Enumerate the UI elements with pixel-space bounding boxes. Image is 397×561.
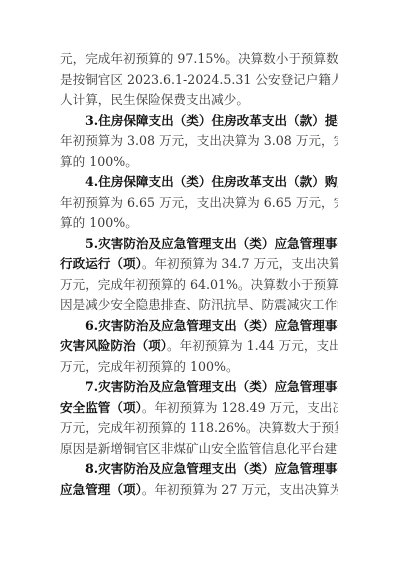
body-text: 万元，完成年初预算的 118.26%。决算数大于预算数的主要 — [60, 420, 338, 435]
bold-heading-text: 行政运行（项） — [60, 256, 142, 271]
body-text: 因是减少安全隐患排查、防汛抗旱、防震减灾工作经费支出。 — [60, 297, 338, 312]
bold-heading-text: 6.灾害防治及应急管理支出（类）应急管理事务（款） — [85, 318, 338, 333]
text-line: 安全监管（项）。年初预算为 128.49 万元，支出决算为 151.95 — [60, 398, 338, 419]
text-line: 年初预算为 3.08 万元，支出决算为 3.08 万元，完成年初预 — [60, 131, 338, 152]
text-line: 行政运行（项）。年初预算为 34.7 万元，支出决算为 22.21 — [60, 254, 338, 275]
document-page: 元，完成年初预算的 97.15%。决算数小于预算数的主要原因是按铜官区 2023… — [60, 49, 338, 500]
text-line: 4.住房保障支出（类）住房改革支出（款）购房补贴（项）。 — [60, 172, 338, 193]
bold-heading-text: 5.灾害防治及应急管理支出（类）应急管理事务（款） — [85, 236, 338, 251]
bold-heading-text: 应急管理（项） — [60, 482, 142, 497]
text-line: 年初预算为 6.65 万元，支出决算为 6.65 万元，完成年初预 — [60, 193, 338, 214]
text-line: 元，完成年初预算的 97.15%。决算数小于预算数的主要原因 — [60, 49, 338, 70]
text-line: 应急管理（项）。年初预算为 27 万元，支出决算为 16.27 万 — [60, 480, 338, 501]
text-line: 是按铜官区 2023.6.1-2024.5.31 公安登记户籍人口数 34862… — [60, 70, 338, 91]
text-line: 原因是新增铜官区非煤矿山安全监管信息化平台建设资金。 — [60, 439, 338, 460]
body-text: 算的 100%。 — [60, 154, 138, 169]
text-line: 万元，完成年初预算的 118.26%。决算数大于预算数的主要 — [60, 418, 338, 439]
bold-heading-text: 8.灾害防治及应急管理支出（类）应急管理事务（款） — [85, 461, 338, 476]
body-text: 人计算，民生保险保费支出减少。 — [60, 92, 249, 107]
text-line: 人计算，民生保险保费支出减少。 — [60, 90, 338, 111]
bold-heading-text: 7.灾害防治及应急管理支出（类）应急管理事务（款） — [85, 379, 338, 394]
body-text: 算的 100%。 — [60, 215, 138, 230]
body-text: 年初预算为 6.65 万元，支出决算为 6.65 万元，完成年初预 — [60, 195, 338, 210]
body-text: 年初预算为 3.08 万元，支出决算为 3.08 万元，完成年初预 — [60, 133, 338, 148]
body-text: 万元，完成年初预算的 100%。 — [60, 359, 239, 374]
bold-heading-text: 4.住房保障支出（类）住房改革支出（款）购房补贴（项） — [85, 174, 338, 189]
bold-heading-text: 3.住房保障支出（类）住房改革支出（款）提租补贴（项） — [85, 113, 338, 128]
body-text: 。年初预算为 34.7 万元，支出决算为 22.21 — [142, 256, 338, 271]
body-text: 。年初预算为 1.44 万元，支出决算为 1.44 — [167, 338, 338, 353]
text-line: 万元，完成年初预算的 100%。 — [60, 357, 338, 378]
text-line: 3.住房保障支出（类）住房改革支出（款）提租补贴（项）。 — [60, 111, 338, 132]
text-line: 5.灾害防治及应急管理支出（类）应急管理事务（款） — [60, 234, 338, 255]
text-line: 因是减少安全隐患排查、防汛抗旱、防震减灾工作经费支出。 — [60, 295, 338, 316]
body-text: 万元，完成年初预算的 64.01%。决算数小于预算数的主要原 — [60, 277, 338, 292]
text-line: 万元，完成年初预算的 64.01%。决算数小于预算数的主要原 — [60, 275, 338, 296]
body-text: 。年初预算为 128.49 万元，支出决算为 151.95 — [142, 400, 338, 415]
text-line: 灾害风险防治（项）。年初预算为 1.44 万元，支出决算为 1.44 — [60, 336, 338, 357]
bold-heading-text: 安全监管（项） — [60, 400, 142, 415]
body-text: 元，完成年初预算的 97.15%。决算数小于预算数的主要原因 — [60, 51, 338, 66]
text-line: 算的 100%。 — [60, 152, 338, 173]
body-text: 原因是新增铜官区非煤矿山安全监管信息化平台建设资金。 — [60, 441, 338, 456]
text-line: 7.灾害防治及应急管理支出（类）应急管理事务（款） — [60, 377, 338, 398]
text-line: 8.灾害防治及应急管理支出（类）应急管理事务（款） — [60, 459, 338, 480]
bold-heading-text: 灾害风险防治（项） — [60, 338, 167, 353]
text-line: 6.灾害防治及应急管理支出（类）应急管理事务（款） — [60, 316, 338, 337]
body-text: 。年初预算为 27 万元，支出决算为 16.27 万 — [142, 482, 338, 497]
text-line: 算的 100%。 — [60, 213, 338, 234]
body-text: 是按铜官区 2023.6.1-2024.5.31 公安登记户籍人口数 34862… — [60, 72, 338, 87]
